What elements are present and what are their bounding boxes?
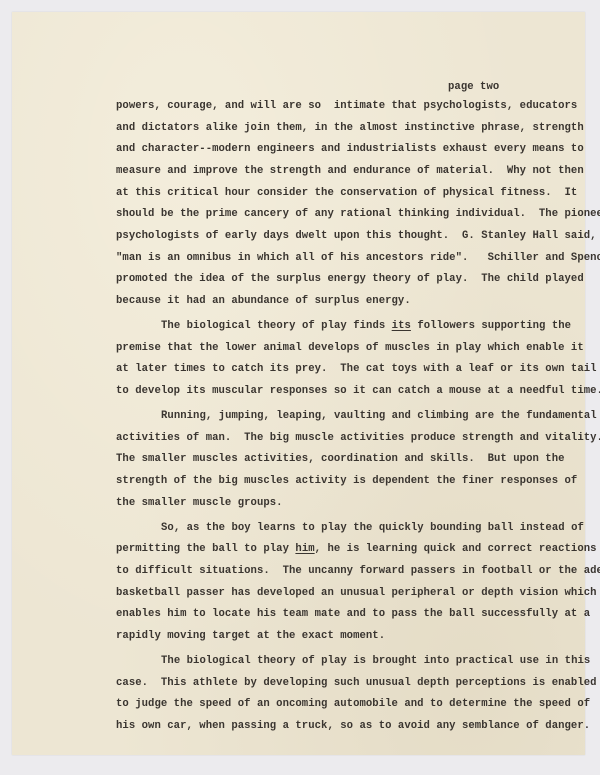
underlined-word: him: [295, 543, 314, 555]
text-line: and dictators alike join them, in the al…: [116, 122, 584, 134]
text-line: "man is an omnibus in which all of his a…: [116, 252, 600, 264]
text-line: psychologists of early days dwelt upon t…: [116, 230, 597, 242]
text-line: basketball passer has developed an unusu…: [116, 587, 597, 599]
text-line: because it had an abundance of surplus e…: [116, 295, 411, 307]
text-line: Running, jumping, leaping, vaulting and …: [161, 410, 597, 422]
text-line: The smaller muscles activities, coordina…: [116, 453, 565, 465]
text-line: powers, courage, and will are so intimat…: [116, 100, 577, 112]
text-line: at later times to catch its prey. The ca…: [116, 363, 597, 375]
text-line: The biological theory of play finds its …: [161, 320, 571, 332]
text-line: at this critical hour consider the conse…: [116, 187, 577, 199]
text-line: So, as the boy learns to play the quickl…: [161, 522, 584, 534]
text-line: strength of the big muscles activity is …: [116, 475, 577, 487]
text-line: should be the prime cancery of any ratio…: [116, 208, 600, 220]
text-line: permitting the ball to play him, he is l…: [116, 543, 597, 555]
text-line: premise that the lower animal develops o…: [116, 342, 584, 354]
text-line: activities of man. The big muscle activi…: [116, 432, 600, 444]
text-line: to judge the speed of an oncoming automo…: [116, 698, 590, 710]
text-line: and character--modern engineers and indu…: [116, 143, 584, 155]
underlined-word: its: [392, 320, 411, 332]
text-line: enables him to locate his team mate and …: [116, 608, 590, 620]
text-line: his own car, when passing a truck, so as…: [116, 720, 590, 732]
page-label: page two: [448, 81, 499, 93]
text-line: case. This athlete by developing such un…: [116, 677, 597, 689]
text-line: rapidly moving target at the exact momen…: [116, 630, 385, 642]
text-line: The biological theory of play is brought…: [161, 655, 590, 667]
text-line: promoted the idea of the surplus energy …: [116, 273, 584, 285]
text-line: the smaller muscle groups.: [116, 497, 283, 509]
text-line: to difficult situations. The uncanny for…: [116, 565, 600, 577]
text-line: to develop its muscular responses so it …: [116, 385, 600, 397]
text-line: measure and improve the strength and end…: [116, 165, 584, 177]
